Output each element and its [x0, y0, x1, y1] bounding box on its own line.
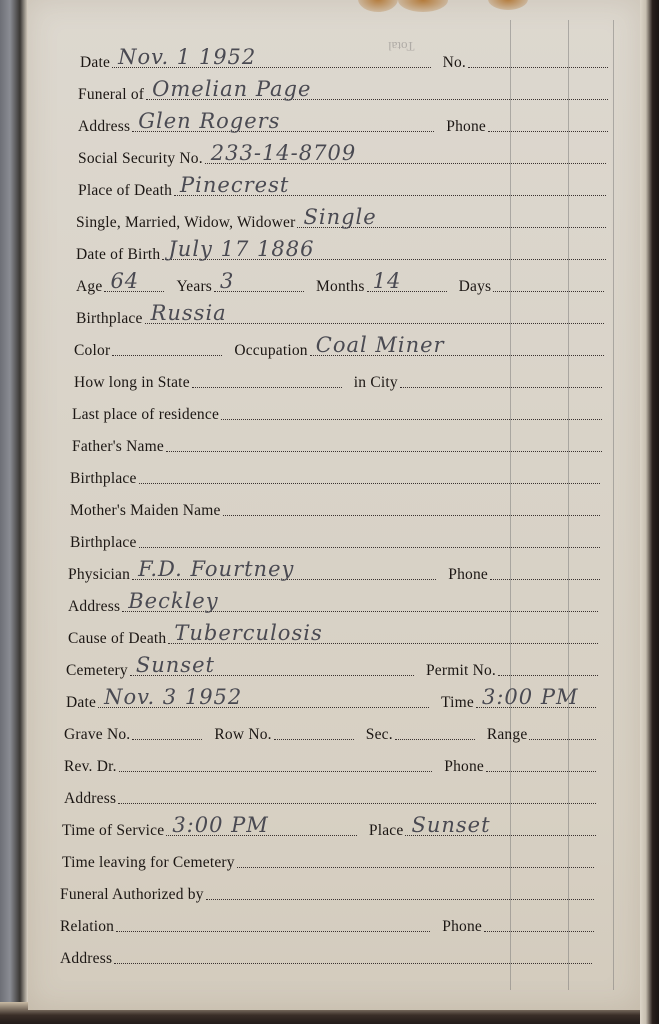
- funeral-of-label: Funeral of: [78, 86, 144, 106]
- form-row: Funeral Authorized by: [60, 876, 596, 906]
- fathers-name-field[interactable]: [166, 427, 602, 452]
- cemetery-handwritten-value: Sunset: [136, 653, 215, 677]
- rev-address-label: Address: [64, 790, 116, 810]
- form-row: Cause of DeathTuberculosis: [68, 620, 600, 650]
- birthplace-handwritten-value: Russia: [151, 301, 227, 325]
- physician-field[interactable]: F.D. Fourtney: [132, 555, 436, 580]
- address-field[interactable]: Glen Rogers: [132, 107, 434, 132]
- time-leaving-label: Time leaving for Cemetery: [62, 854, 235, 874]
- row-no-field[interactable]: [274, 715, 354, 740]
- relation-label: Relation: [60, 918, 114, 938]
- physician-label: Physician: [68, 566, 130, 586]
- physician-address-label: Address: [68, 598, 120, 618]
- age-months-field[interactable]: 3: [214, 267, 304, 292]
- form-row: How long in Statein City: [74, 364, 604, 394]
- phone-label: Phone: [446, 118, 486, 138]
- cemetery-field[interactable]: Sunset: [130, 651, 414, 676]
- range-field[interactable]: [529, 715, 596, 740]
- stain: [488, 0, 528, 10]
- mother-birthplace-label: Birthplace: [70, 534, 137, 554]
- occupation-field[interactable]: Coal Miner: [310, 331, 604, 356]
- form-row: PhysicianF.D. FourtneyPhone: [68, 556, 602, 586]
- place-of-death-label: Place of Death: [78, 182, 172, 202]
- date-of-birth-label: Date of Birth: [76, 246, 160, 266]
- relation-field[interactable]: [116, 907, 430, 932]
- form-row: AddressBeckley: [68, 588, 600, 618]
- form-row: Time leaving for Cemetery: [62, 844, 596, 874]
- occupation-handwritten-value: Coal Miner: [316, 333, 445, 357]
- permit-no-label: Permit No.: [426, 662, 496, 682]
- row-no-label: Row No.: [214, 726, 271, 746]
- column-rule: [613, 20, 614, 990]
- grave-no-field[interactable]: [132, 715, 202, 740]
- rev-dr-field[interactable]: [119, 747, 433, 772]
- form-row: Father's Name: [72, 428, 604, 458]
- place-field[interactable]: Sunset: [405, 811, 596, 836]
- sec-label: Sec.: [366, 726, 393, 746]
- in-city-label: in City: [354, 374, 398, 394]
- age-handwritten-value: 64: [110, 269, 139, 293]
- physician-handwritten-value: F.D. Fourtney: [138, 557, 294, 581]
- age-days-field[interactable]: 14: [367, 267, 447, 292]
- ssn-field[interactable]: 233-14-8709: [205, 139, 606, 164]
- relation-phone-label: Phone: [442, 918, 482, 938]
- age-label: Age: [76, 278, 102, 298]
- form-row: Mother's Maiden Name: [70, 492, 602, 522]
- no-label: No.: [443, 54, 466, 74]
- form-row: Funeral ofOmelian Page: [78, 76, 610, 106]
- form-row: Birthplace: [70, 524, 602, 554]
- cemetery-label: Cemetery: [66, 662, 128, 682]
- occupation-label: Occupation: [234, 342, 307, 362]
- age-days-handwritten-value: 14: [373, 269, 402, 293]
- time-leaving-field[interactable]: [237, 843, 594, 868]
- days-blank: [493, 267, 604, 292]
- form-row: Last place of residence: [72, 396, 604, 426]
- funeral-of-handwritten-value: Omelian Page: [152, 77, 311, 101]
- last-residence-field[interactable]: [221, 395, 602, 420]
- rev-phone-label: Phone: [444, 758, 484, 778]
- father-birthplace-field[interactable]: [139, 459, 600, 484]
- time-field[interactable]: 3:00 PM: [476, 683, 596, 708]
- burial-date-handwritten-value: Nov. 3 1952: [104, 685, 242, 709]
- age-days-label: Months: [316, 278, 365, 298]
- funeral-of-field[interactable]: Omelian Page: [146, 75, 608, 100]
- rev-address-field[interactable]: [118, 779, 596, 804]
- address-label: Address: [78, 118, 130, 138]
- date-label: Date: [80, 54, 110, 74]
- how-long-in-state-field[interactable]: [192, 363, 342, 388]
- mothers-maiden-name-label: Mother's Maiden Name: [70, 502, 221, 522]
- physician-address-field[interactable]: Beckley: [122, 587, 598, 612]
- birthplace-field[interactable]: Russia: [145, 299, 604, 324]
- time-handwritten-value: 3:00 PM: [482, 685, 578, 709]
- address-handwritten-value: Glen Rogers: [138, 109, 280, 133]
- form-row: AddressGlen RogersPhone: [78, 108, 610, 138]
- form-row: Time of Service3:00 PMPlaceSunset: [62, 812, 598, 842]
- mothers-maiden-name-field[interactable]: [223, 491, 600, 516]
- form-row: Single, Married, Widow, WidowerSingle: [76, 204, 608, 234]
- no-field[interactable]: [468, 43, 608, 68]
- place-label: Place: [369, 822, 404, 842]
- age-field[interactable]: 64: [104, 267, 164, 292]
- ssn-label: Social Security No.: [78, 150, 203, 170]
- place-handwritten-value: Sunset: [411, 813, 490, 837]
- cause-of-death-label: Cause of Death: [68, 630, 166, 650]
- form-row: ColorOccupationCoal Miner: [74, 332, 606, 362]
- physician-address-handwritten-value: Beckley: [128, 589, 218, 613]
- grave-no-label: Grave No.: [64, 726, 130, 746]
- date-handwritten-value: Nov. 1 1952: [118, 45, 256, 69]
- father-birthplace-label: Birthplace: [70, 470, 137, 490]
- range-label: Range: [487, 726, 528, 746]
- in-city-field[interactable]: [400, 363, 602, 388]
- birthplace-label: Birthplace: [76, 310, 143, 330]
- cause-of-death-handwritten-value: Tuberculosis: [174, 621, 322, 645]
- stain: [398, 0, 448, 12]
- physician-phone-label: Phone: [448, 566, 488, 586]
- form-row: Date of BirthJuly 17 1886: [76, 236, 608, 266]
- form-row: BirthplaceRussia: [76, 300, 606, 330]
- form-row: CemeterySunsetPermit No.: [66, 652, 600, 682]
- time-of-service-field[interactable]: 3:00 PM: [166, 811, 357, 836]
- place-of-death-handwritten-value: Pinecrest: [180, 173, 289, 197]
- ledger-page: Total DateNov. 1 1952No.Funeral ofOmelia…: [28, 0, 640, 1010]
- color-field[interactable]: [112, 331, 222, 356]
- form-row: DateNov. 1 1952No.: [80, 44, 610, 74]
- authorized-by-field[interactable]: [206, 875, 594, 900]
- permit-no-field[interactable]: [498, 651, 598, 676]
- last-residence-label: Last place of residence: [72, 406, 219, 426]
- marital-status-handwritten-value: Single: [303, 205, 376, 229]
- form-row: Rev. Dr.Phone: [64, 748, 598, 778]
- relation-address-label: Address: [60, 950, 112, 970]
- form-row: Social Security No.233-14-8709: [78, 140, 608, 170]
- form-row: RelationPhone: [60, 908, 596, 938]
- burial-date-label: Date: [66, 694, 96, 714]
- age-months-handwritten-value: 3: [220, 269, 234, 293]
- form-row: Age64Years3Months14Days: [76, 268, 606, 298]
- relation-phone-field[interactable]: [484, 907, 594, 932]
- physician-phone-field[interactable]: [490, 555, 600, 580]
- rev-phone-field[interactable]: [486, 747, 596, 772]
- time-label: Time: [441, 694, 474, 714]
- age-months-label: Years: [176, 278, 212, 298]
- fathers-name-label: Father's Name: [72, 438, 164, 458]
- form-row: Grave No.Row No.Sec.Range: [64, 716, 598, 746]
- marital-status-field[interactable]: Single: [297, 203, 606, 228]
- form-row: DateNov. 3 1952Time3:00 PM: [66, 684, 598, 714]
- form-row: Birthplace: [70, 460, 602, 490]
- ssn-handwritten-value: 233-14-8709: [211, 141, 356, 165]
- relation-address-field[interactable]: [114, 939, 592, 964]
- burial-date-field[interactable]: Nov. 3 1952: [98, 683, 429, 708]
- place-of-death-field[interactable]: Pinecrest: [174, 171, 606, 196]
- color-label: Color: [74, 342, 110, 362]
- date-of-birth-field[interactable]: July 17 1886: [162, 235, 606, 260]
- date-of-birth-handwritten-value: July 17 1886: [168, 237, 314, 261]
- form-row: Address: [64, 780, 598, 810]
- marital-status-label: Single, Married, Widow, Widower: [76, 214, 295, 234]
- page-stack-edge: [637, 0, 659, 1024]
- time-of-service-handwritten-value: 3:00 PM: [172, 813, 268, 837]
- form-row: Place of DeathPinecrest: [78, 172, 608, 202]
- mother-birthplace-field[interactable]: [139, 523, 600, 548]
- how-long-in-state-label: How long in State: [74, 374, 190, 394]
- book-binding-edge: [0, 0, 30, 1024]
- phone-field[interactable]: [488, 107, 608, 132]
- cause-of-death-field[interactable]: Tuberculosis: [168, 619, 598, 644]
- authorized-by-label: Funeral Authorized by: [60, 886, 204, 906]
- rev-dr-label: Rev. Dr.: [64, 758, 117, 778]
- stain: [358, 0, 398, 12]
- form-row: Address: [60, 940, 594, 970]
- sec-field[interactable]: [395, 715, 475, 740]
- time-of-service-label: Time of Service: [62, 822, 164, 842]
- days-label: Days: [459, 278, 492, 298]
- date-field[interactable]: Nov. 1 1952: [112, 43, 431, 68]
